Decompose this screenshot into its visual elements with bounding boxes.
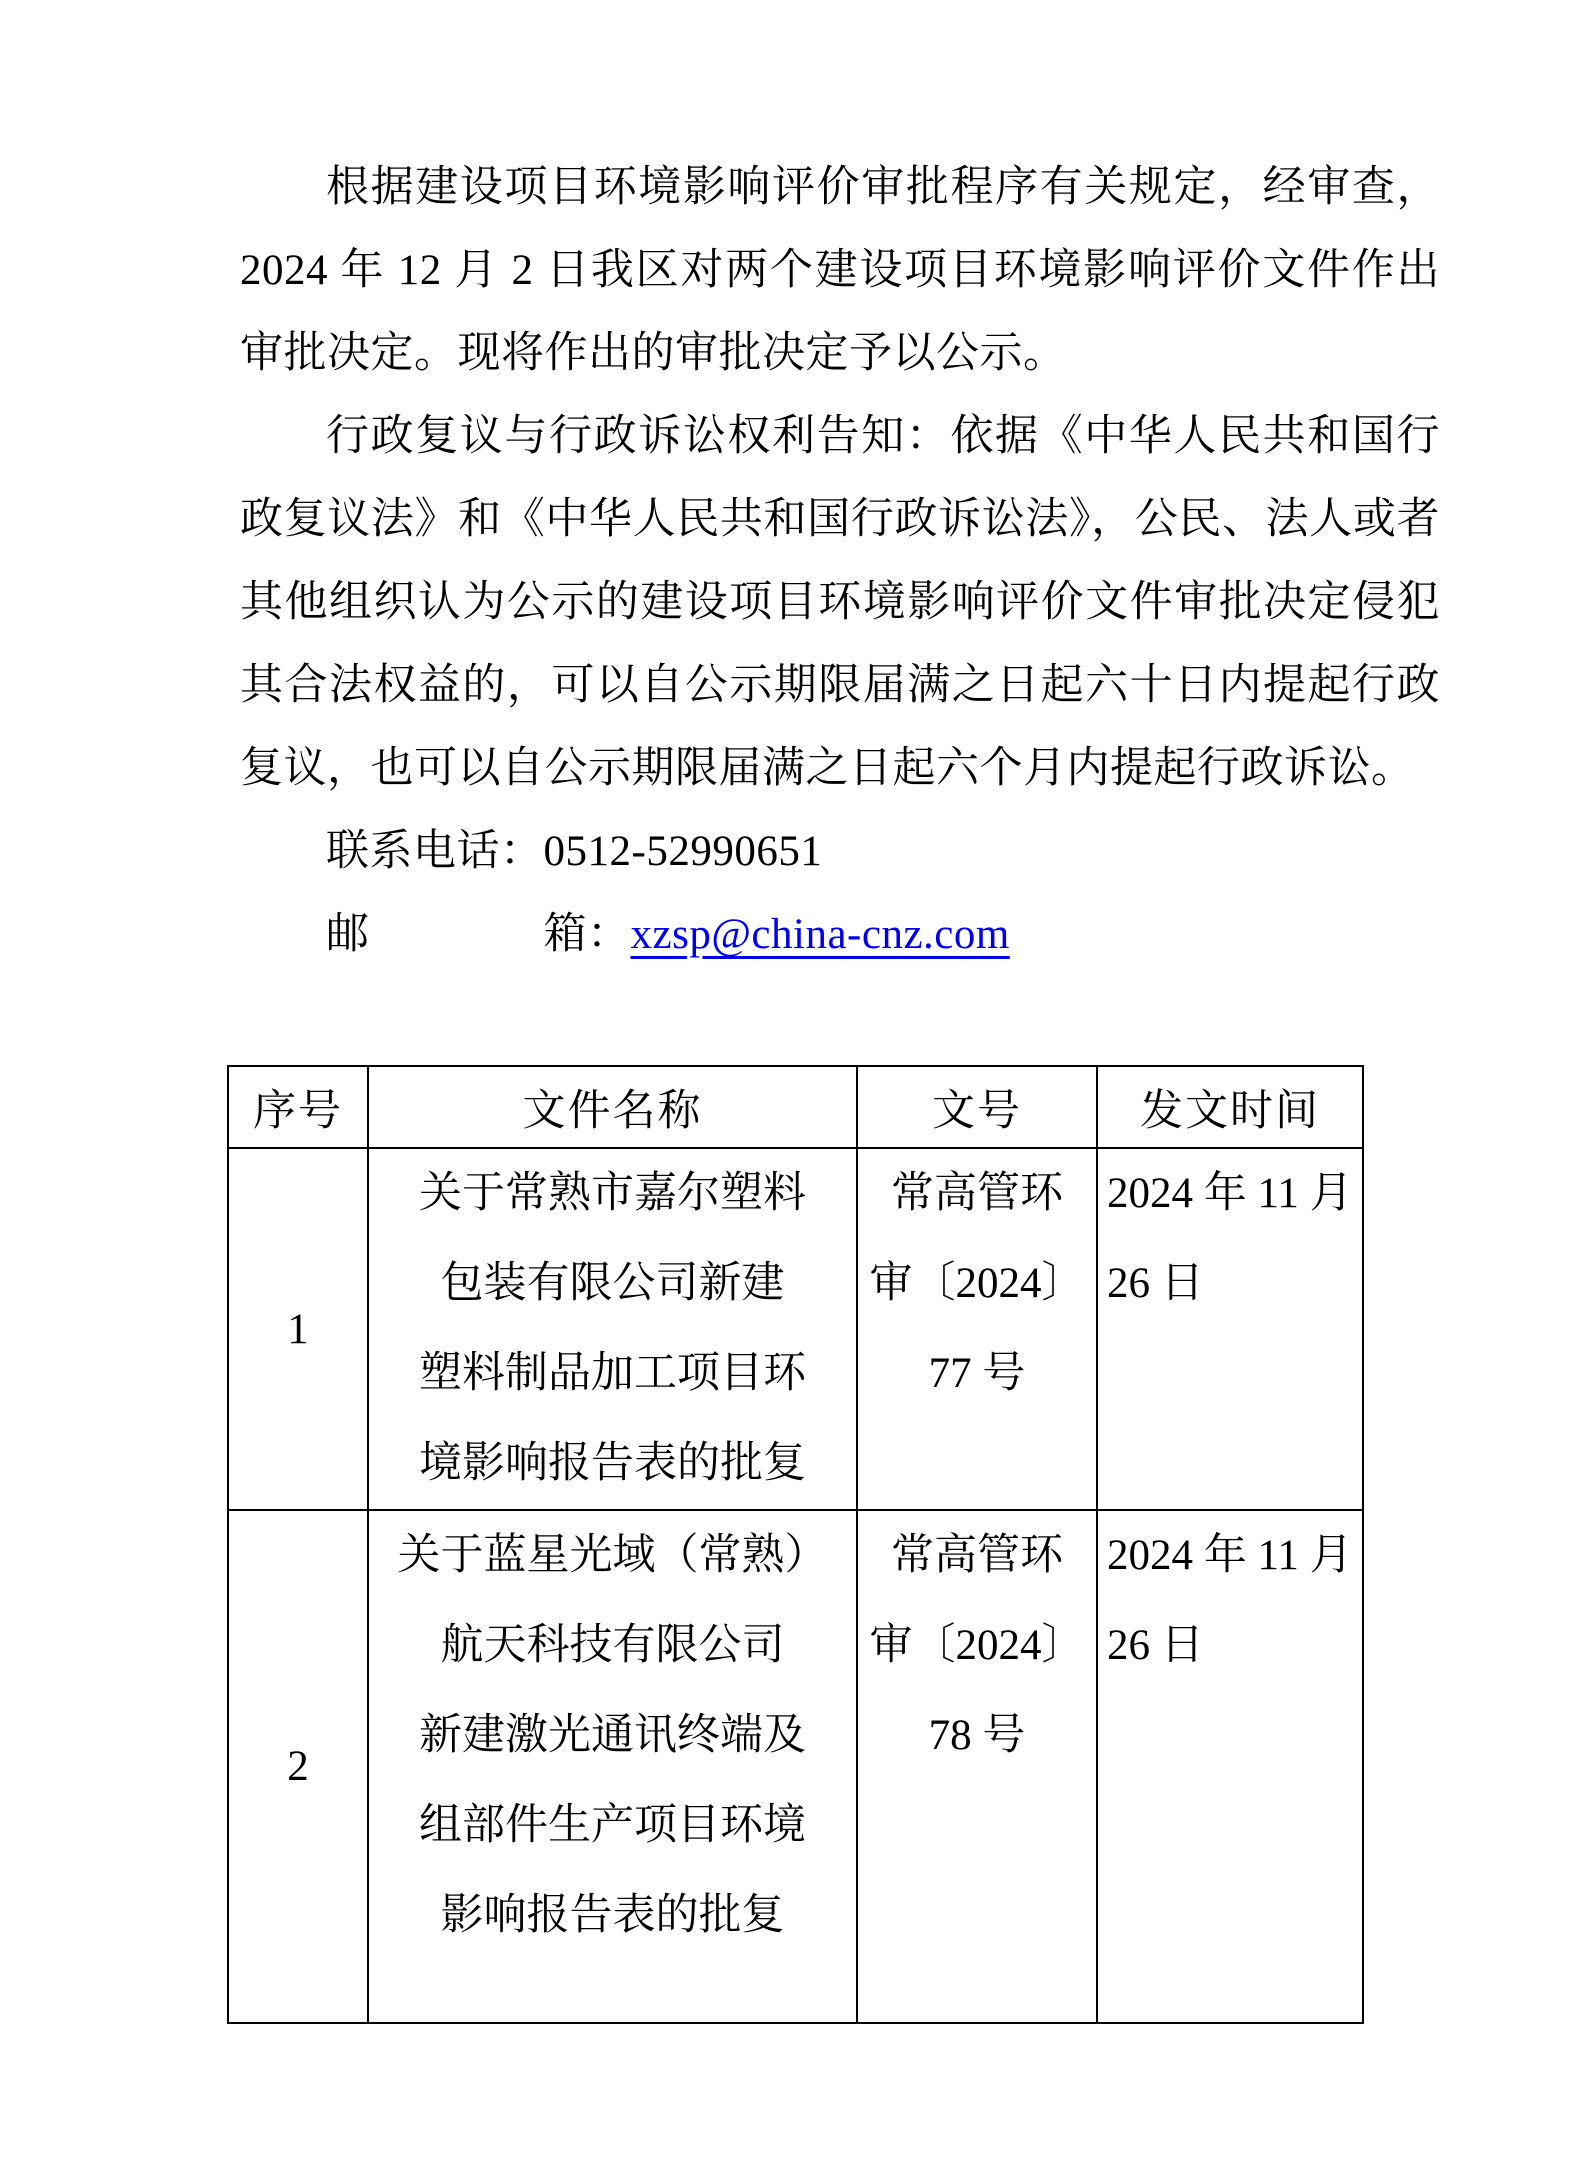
row2-name-line5: 影响报告表的批复 — [369, 1871, 856, 1961]
paragraph-legal-rights: 行政复议与行政诉讼权利告知：依据《中华人民共和国行政复议法》和《中华人民共和国行… — [240, 395, 1440, 810]
row1-name-line2: 包装有限公司新建 — [369, 1239, 856, 1329]
row2-issue-date: 2024 年 11 月 26 日 — [1097, 1510, 1363, 2023]
row2-document-number: 常高管环 审〔2024〕 78 号 — [857, 1510, 1097, 2023]
row1-name-line1: 关于常熟市嘉尔塑料 — [369, 1149, 856, 1239]
row1-document-number: 常高管环 审〔2024〕 77 号 — [857, 1148, 1097, 1510]
row1-docno-line2: 审〔2024〕 — [858, 1239, 1096, 1329]
row1-name-line4: 境影响报告表的批复 — [369, 1419, 856, 1509]
email-label: 邮 箱： — [326, 911, 631, 958]
paragraph-email: 邮 箱：xzsp@china-cnz.com — [240, 893, 1440, 976]
row2-docno-line3: 78 号 — [858, 1691, 1096, 1781]
email-link[interactable]: xzsp@china-cnz.com — [631, 911, 1010, 958]
row2-name-line1: 关于蓝星光域（常熟） — [369, 1511, 856, 1601]
table-row: 1 关于常熟市嘉尔塑料 包装有限公司新建 塑料制品加工项目环 境影响报告表的批复… — [228, 1148, 1363, 1510]
row2-name-line2: 航天科技有限公司 — [369, 1601, 856, 1691]
col-header-document-number: 文号 — [857, 1066, 1097, 1148]
paragraph-approval-notice: 根据建设项目环境影响评价审批程序有关规定，经审查，2024 年 12 月 2 日… — [240, 146, 1440, 395]
row1-date-line1: 2024 年 11 月 — [1098, 1149, 1362, 1239]
paragraph-phone: 联系电话：0512-52990651 — [240, 810, 1440, 893]
row1-date-line2: 26 日 — [1098, 1239, 1362, 1329]
row2-date-line1: 2024 年 11 月 — [1098, 1511, 1362, 1601]
document-body: 根据建设项目环境影响评价审批程序有关规定，经审查，2024 年 12 月 2 日… — [240, 146, 1440, 976]
document-page: 根据建设项目环境影响评价审批程序有关规定，经审查，2024 年 12 月 2 日… — [0, 0, 1587, 2168]
table-header-row: 序号 文件名称 文号 发文时间 — [228, 1066, 1363, 1148]
row1-document-name: 关于常熟市嘉尔塑料 包装有限公司新建 塑料制品加工项目环 境影响报告表的批复 — [368, 1148, 857, 1510]
row2-name-line4: 组部件生产项目环境 — [369, 1781, 856, 1871]
col-header-index: 序号 — [228, 1066, 368, 1148]
col-header-issue-date: 发文时间 — [1097, 1066, 1363, 1148]
row1-docno-line3: 77 号 — [858, 1329, 1096, 1419]
phone-label: 联系电话： — [326, 828, 544, 875]
row2-name-line3: 新建激光通讯终端及 — [369, 1691, 856, 1781]
col-header-document-name: 文件名称 — [368, 1066, 857, 1148]
row1-name-line3: 塑料制品加工项目环 — [369, 1329, 856, 1419]
row2-date-line2: 26 日 — [1098, 1601, 1362, 1691]
row2-document-name: 关于蓝星光域（常熟） 航天科技有限公司 新建激光通讯终端及 组部件生产项目环境 … — [368, 1510, 857, 2023]
row2-docno-line2: 审〔2024〕 — [858, 1601, 1096, 1691]
table-row: 2 关于蓝星光域（常熟） 航天科技有限公司 新建激光通讯终端及 组部件生产项目环… — [228, 1510, 1363, 2023]
row2-docno-line1: 常高管环 — [858, 1511, 1096, 1601]
row1-docno-line1: 常高管环 — [858, 1149, 1096, 1239]
approval-decisions-table: 序号 文件名称 文号 发文时间 1 关于常熟市嘉尔塑料 包装有限公司新建 塑料制… — [227, 1065, 1364, 2024]
row1-issue-date: 2024 年 11 月 26 日 — [1097, 1148, 1363, 1510]
phone-number: 0512-52990651 — [544, 828, 823, 875]
row2-index: 2 — [228, 1510, 368, 2023]
row1-index: 1 — [228, 1148, 368, 1510]
